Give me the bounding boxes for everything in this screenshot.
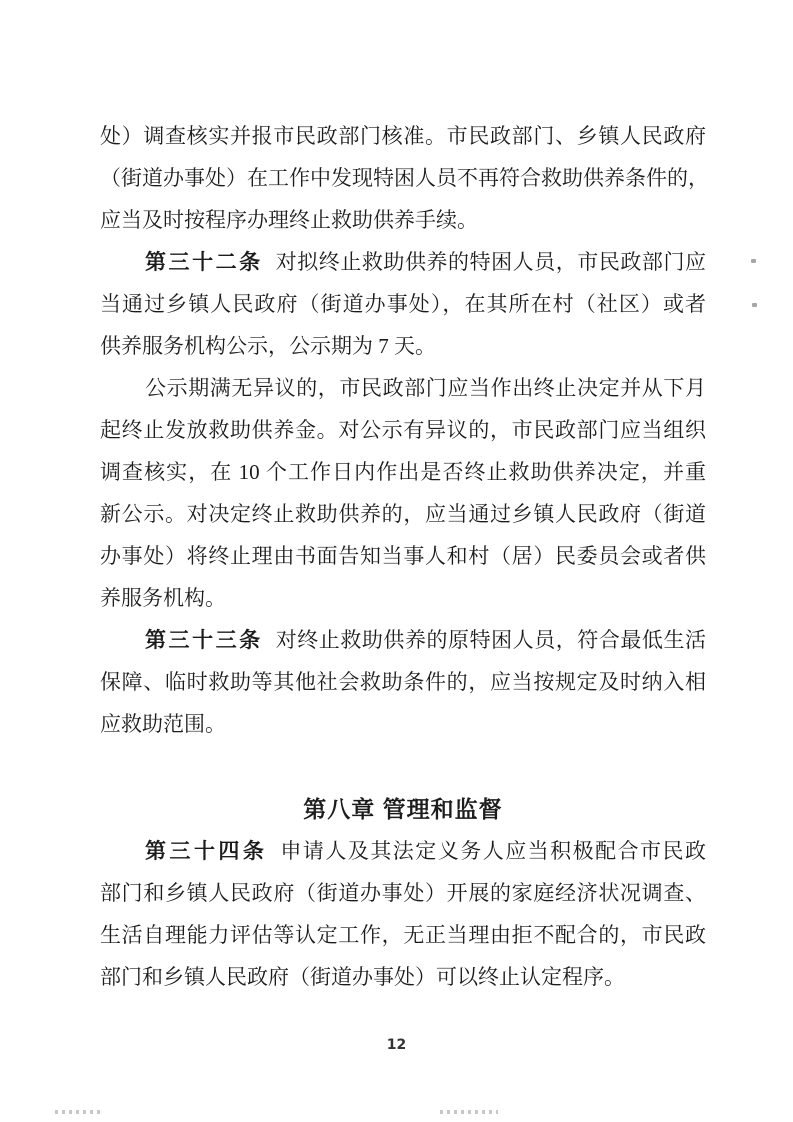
page-number: 12 [0, 1037, 793, 1053]
ink-speck-icon [752, 303, 757, 307]
text-line-content: 对拟终止救助供养的特困人员，市民政部门应 [276, 250, 706, 274]
article-number-label: 第三十三条 [145, 628, 263, 652]
text-line: 养服务机构。 [100, 577, 706, 619]
article-number-label: 第三十二条 [145, 250, 263, 274]
scan-artifact-icon [55, 1110, 101, 1114]
text-line: 生活自理能力评估等认定工作，无正当理由拒不配合的，市民政 [100, 914, 706, 956]
document-body: 处）调查核实并报市民政部门核准。市民政部门、乡镇人民政府 （街道办事处）在工作中… [100, 115, 706, 998]
text-line: 第三十四条申请人及其法定义务人应当积极配合市民政 [100, 830, 706, 872]
text-line-content: 申请人及其法定义务人应当积极配合市民政 [280, 839, 706, 863]
ink-speck-icon [751, 259, 756, 263]
text-line: 部门和乡镇人民政府（街道办事处）可以终止认定程序。 [100, 956, 706, 998]
article-number-label: 第三十四条 [145, 839, 267, 863]
text-line-content: 对终止救助供养的原特困人员，符合最低生活 [276, 628, 706, 652]
text-line: 保障、临时救助等其他社会救助条件的，应当按规定及时纳入相 [100, 661, 706, 703]
text-line: 调查核实，在 10 个工作日内作出是否终止救助供养决定，并重 [100, 451, 706, 493]
chapter-heading: 第八章 管理和监督 [100, 788, 706, 830]
text-line: 公示期满无异议的，市民政部门应当作出终止决定并从下月 [100, 367, 706, 409]
text-line: 新公示。对决定终止救助供养的，应当通过乡镇人民政府（街道 [100, 493, 706, 535]
scan-artifact-icon [440, 1110, 498, 1114]
text-line: 应救助范围。 [100, 703, 706, 745]
document-page: 处）调查核实并报市民政部门核准。市民政部门、乡镇人民政府 （街道办事处）在工作中… [0, 0, 793, 1122]
text-line: 第三十三条对终止救助供养的原特困人员，符合最低生活 [100, 619, 706, 661]
text-line: 起终止发放救助供养金。对公示有异议的，市民政部门应当组织 [100, 409, 706, 451]
text-line: 部门和乡镇人民政府（街道办事处）开展的家庭经济状况调查、 [100, 872, 706, 914]
text-line: 处）调查核实并报市民政部门核准。市民政部门、乡镇人民政府 [100, 115, 706, 157]
text-line: 供养服务机构公示，公示期为 7 天。 [100, 325, 706, 367]
text-line: 办事处）将终止理由书面告知当事人和村（居）民委员会或者供 [100, 535, 706, 577]
text-line: 第三十二条对拟终止救助供养的特困人员，市民政部门应 [100, 241, 706, 283]
text-line: 应当及时按程序办理终止救助供养手续。 [100, 199, 706, 241]
text-line: （街道办事处）在工作中发现特困人员不再符合救助供养条件的， [100, 157, 706, 199]
text-line: 当通过乡镇人民政府（街道办事处），在其所在村（社区）或者 [100, 283, 706, 325]
